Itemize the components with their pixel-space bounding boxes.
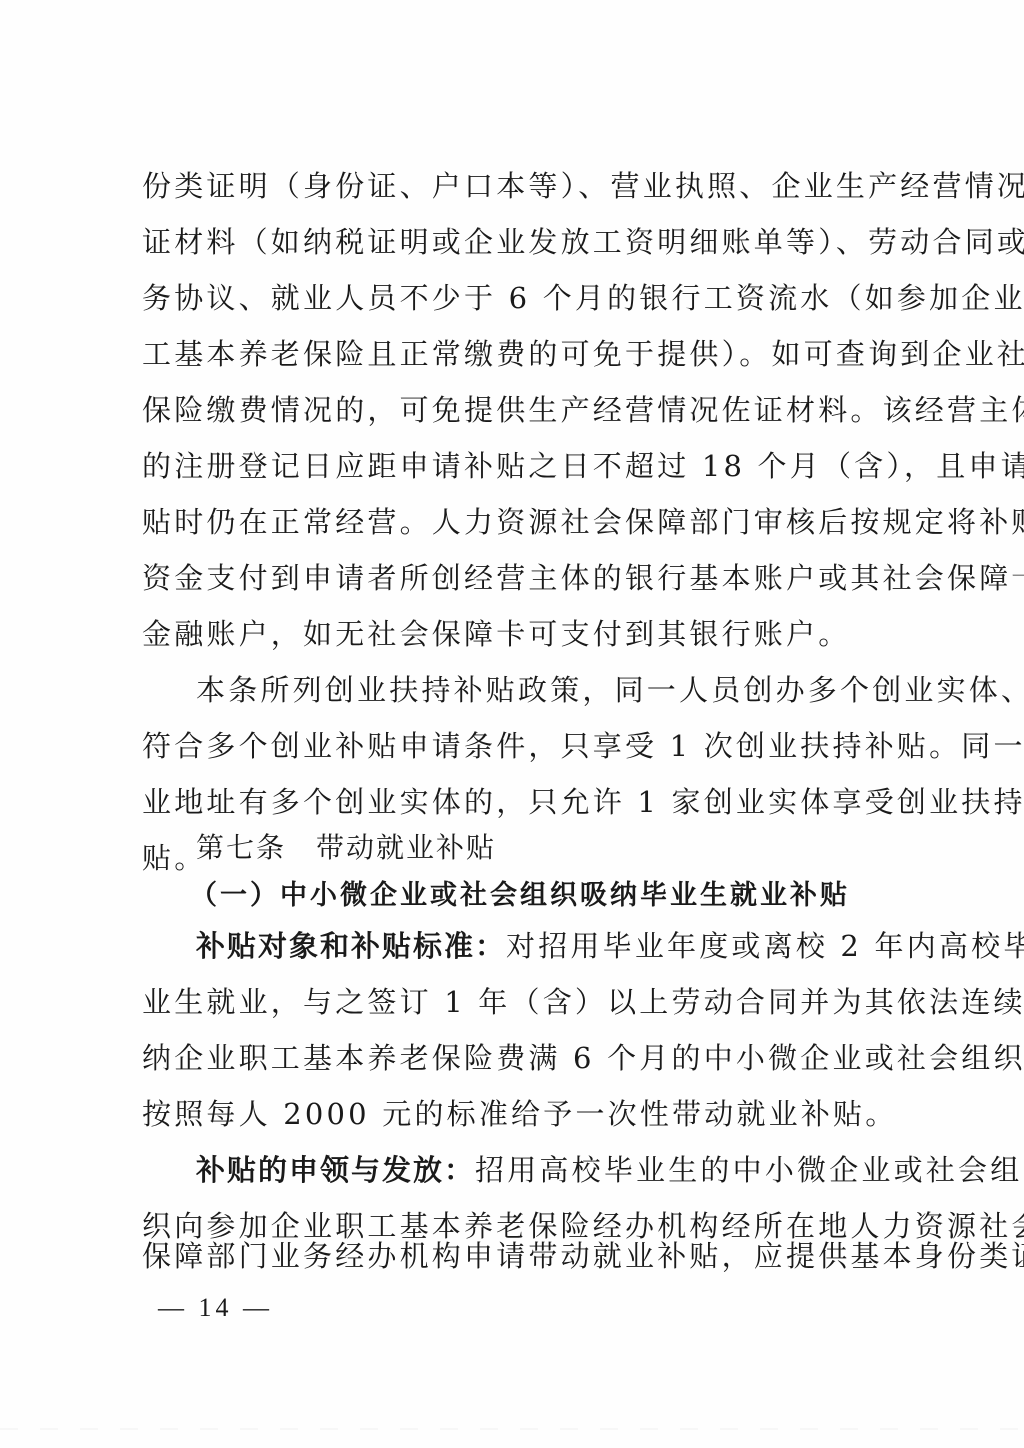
inline-text: 对招用毕业年度或离校 2 年内高校毕 <box>506 929 1024 963</box>
bold-lead-label: 补贴的申领与发放： <box>196 1153 475 1187</box>
paragraph-first-line: 本条所列创业扶持补贴政策，同一人员创办多个创业实体、 <box>196 670 926 710</box>
body-line: 按照每人 2000 元的标准给予一次性带动就业补贴。 <box>142 1094 922 1134</box>
body-line: 贴时仍在正常经营。人力资源社会保障部门审核后按规定将补贴 <box>142 502 922 542</box>
paragraph-first-line: 补贴对象和补贴标准：对招用毕业年度或离校 2 年内高校毕 <box>196 926 926 966</box>
section-heading: （一）中小微企业或社会组织吸纳毕业生就业补贴 <box>190 876 970 916</box>
inline-text: 招用高校毕业生的中小微企业或社会组 <box>475 1153 1022 1187</box>
scan-artifact <box>0 1428 1024 1430</box>
body-line: 证材料（如纳税证明或企业发放工资明细账单等）、劳动合同或劳 <box>142 222 922 262</box>
body-line: 符合多个创业补贴申请条件，只享受 1 次创业扶持补贴。同一创 <box>142 726 922 766</box>
body-line: 纳企业职工基本养老保险费满 6 个月的中小微企业或社会组织， <box>142 1038 922 1078</box>
paragraph-first-line: 补贴的申领与发放：招用高校毕业生的中小微企业或社会组 <box>196 1150 926 1190</box>
body-line: 保险缴费情况的，可免提供生产经营情况佐证材料。该经营主体 <box>142 390 922 430</box>
body-line: 的注册登记日应距申请补贴之日不超过 18 个月（含），且申请补 <box>142 446 922 486</box>
body-line: 份类证明（身份证、户口本等）、营业执照、企业生产经营情况佐 <box>142 166 922 206</box>
body-line: 金融账户，如无社会保障卡可支付到其银行账户。 <box>142 614 922 654</box>
bold-lead-label: 补贴对象和补贴标准： <box>196 929 506 963</box>
article-heading: 第七条 带动就业补贴 <box>196 828 976 868</box>
page-number: — 14 — <box>158 1290 273 1326</box>
body-line: 业地址有多个创业实体的，只允许 1 家创业实体享受创业扶持补 <box>142 782 922 822</box>
body-line: 保障部门业务经办机构申请带动就业补贴，应提供基本身份类证 <box>142 1236 922 1276</box>
body-line: 业生就业，与之签订 1 年（含）以上劳动合同并为其依法连续缴 <box>142 982 922 1022</box>
body-line: 资金支付到申请者所创经营主体的银行基本账户或其社会保障卡 <box>142 558 922 598</box>
body-line: 工基本养老保险且正常缴费的可免于提供）。如可查询到企业社会 <box>142 334 922 374</box>
document-page: 份类证明（身份证、户口本等）、营业执照、企业生产经营情况佐 证材料（如纳税证明或… <box>0 0 1024 1448</box>
body-line: 务协议、就业人员不少于 6 个月的银行工资流水（如参加企业职 <box>142 278 922 318</box>
